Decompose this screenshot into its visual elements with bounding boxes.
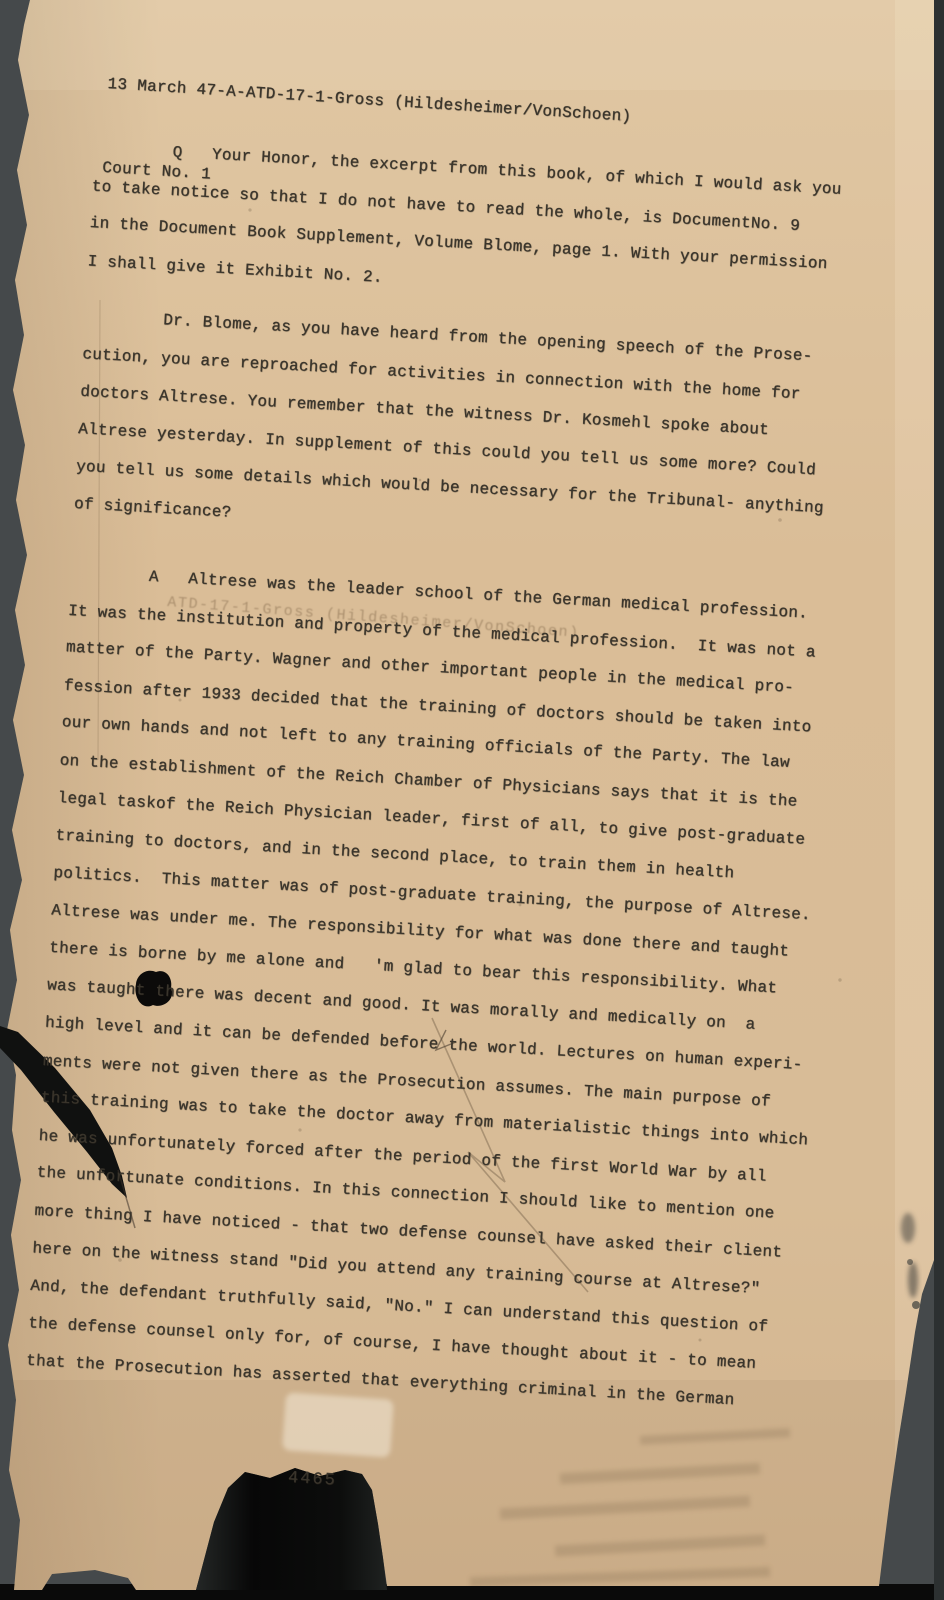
paragraph-answer: A Altrese was the leader school of the G… — [25, 554, 900, 1426]
scan-right-strip — [934, 0, 944, 1600]
paragraph-question-continued: Dr. Blome, as you have heard from the op… — [73, 298, 914, 570]
scanned-page: 13 March 47-A-ATD-17-1-Gross (Hildesheim… — [0, 0, 944, 1600]
transcript-body: Q Your Honor, the excerpt from this book… — [20, 130, 924, 1519]
header-line-1: 13 March 47-A-ATD-17-1-Gross (Hildesheim… — [107, 70, 633, 131]
